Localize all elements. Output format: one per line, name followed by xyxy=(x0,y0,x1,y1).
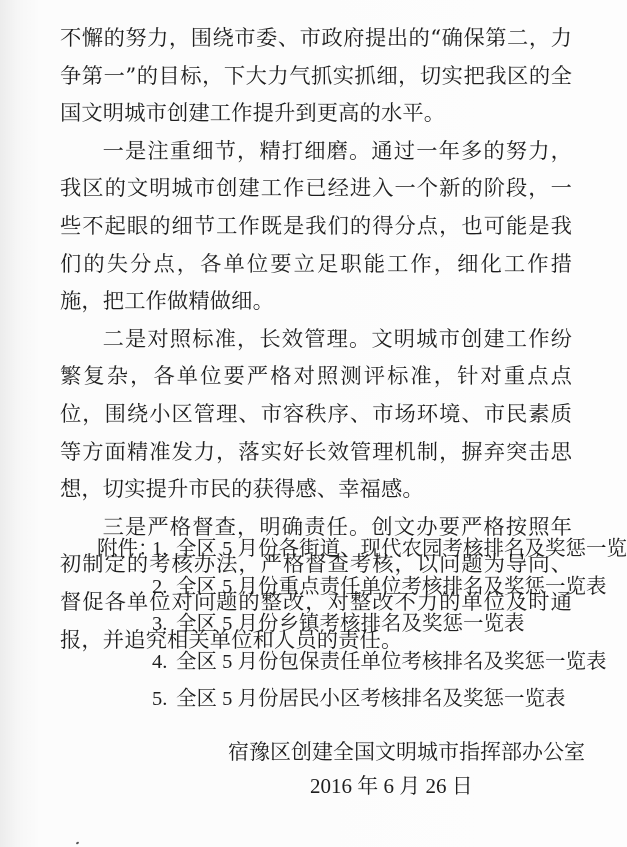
paragraph-point-two: 二是对照标准，长效管理。文明城市创建工作纷繁复杂，各单位要严格对照测评标准，针对… xyxy=(60,321,572,509)
attachments-label: 附件： xyxy=(97,531,152,569)
attachment-item: 2. 全区 5 月份重点责任单位考核排名及奖惩一览表 xyxy=(97,569,627,607)
attachment-number: 4. xyxy=(152,644,176,682)
attachment-number: 1. xyxy=(152,531,176,569)
attachment-item: 附件： 1. 全区 5 月份各街道、现代农园考核排名及奖惩一览表 xyxy=(97,531,627,569)
attachment-title: 全区 5 月份各街道、现代农园考核排名及奖惩一览表 xyxy=(176,531,627,569)
attachment-number: 3. xyxy=(152,606,176,644)
attachment-number: 5. xyxy=(152,681,176,719)
attachment-title: 全区 5 月份乡镇考核排名及奖惩一览表 xyxy=(176,606,525,644)
paragraph-intro-continuation: 不懈的努力，围绕市委、市政府提出的“确保第二，力争第一”的目标，下大力气抓实抓细… xyxy=(60,20,572,133)
attachments-list: 附件： 1. 全区 5 月份各街道、现代农园考核排名及奖惩一览表 2. 全区 5… xyxy=(97,531,627,719)
attachment-title: 全区 5 月份包保责任单位考核排名及奖惩一览表 xyxy=(176,644,607,682)
paragraph-point-one: 一是注重细节，精打细磨。通过一年多的努力，我区的文明城市创建工作已经进入一个新的… xyxy=(60,133,572,321)
attachment-title: 全区 5 月份重点责任单位考核排名及奖惩一览表 xyxy=(176,569,607,607)
scanned-page: 不懈的努力，围绕市委、市政府提出的“确保第二，力争第一”的目标，下大力气抓实抓细… xyxy=(0,0,627,847)
attachment-number: 2. xyxy=(152,569,176,607)
attachment-item: 4. 全区 5 月份包保责任单位考核排名及奖惩一览表 xyxy=(97,644,627,682)
attachment-item: 3. 全区 5 月份乡镇考核排名及奖惩一览表 xyxy=(97,606,627,644)
issue-date: 2016 年 6 月 26 日 xyxy=(310,769,473,804)
scan-speck xyxy=(76,841,80,844)
attachment-item: 5. 全区 5 月份居民小区考核排名及奖惩一览表 xyxy=(97,681,627,719)
attachment-title: 全区 5 月份居民小区考核排名及奖惩一览表 xyxy=(176,681,566,719)
issuing-office-signature: 宿豫区创建全国文明城市指挥部办公室 xyxy=(228,735,585,770)
